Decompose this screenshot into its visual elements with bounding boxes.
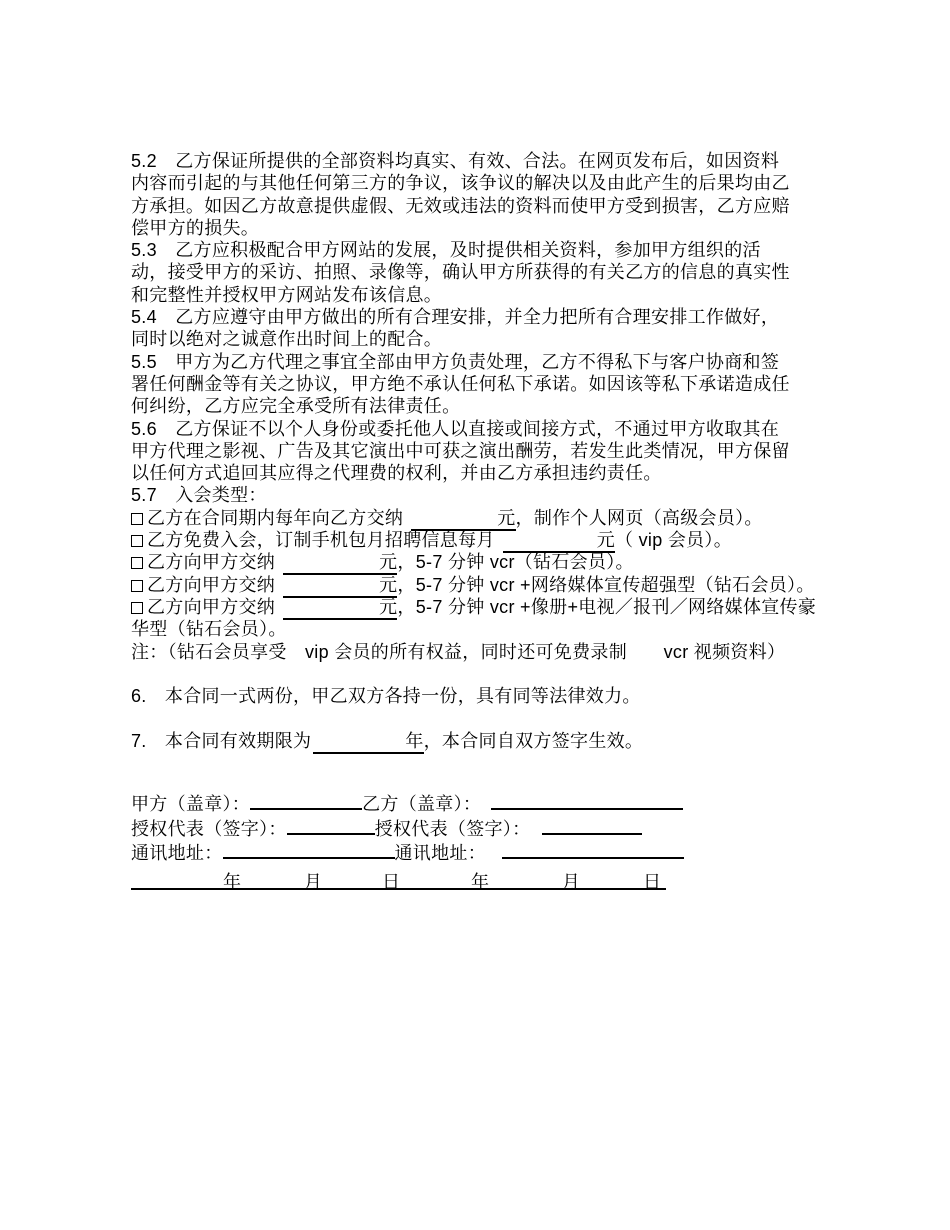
address-label-a: 通讯地址： bbox=[131, 843, 223, 863]
date-unit-month: 月 bbox=[304, 868, 322, 894]
date-unit-day: 日 bbox=[643, 868, 661, 894]
checkbox-icon bbox=[131, 580, 143, 592]
contract-line: 方承担。如因乙方故意提供虚假、无效或违法的资料而使甲方受到损害，乙方应赔 bbox=[131, 195, 841, 217]
contract-line: 何纠纷，乙方应完全承受所有法律责任。 bbox=[131, 395, 841, 417]
fill-in-blank: 年 bbox=[313, 732, 423, 754]
contract-line: 同时以绝对之诚意作出时间上的配合。 bbox=[131, 328, 841, 350]
membership-option-4: 乙方向甲方交纳元，5-7 分钟 vcr +网络媒体宣传超强型（钻石会员）。 bbox=[131, 574, 841, 596]
contract-line: 以任何方式追回其应得之代理费的权利，并由乙方承担违约责任。 bbox=[131, 462, 841, 484]
clause-7-text: 7. 本合同有效期限为 bbox=[131, 731, 311, 751]
contract-line: 5.2 乙方保证所提供的全部资料均真实、有效、合法。在网页发布后，如因资料 bbox=[131, 150, 841, 172]
contract-body: 5.2 乙方保证所提供的全部资料均真实、有效、合法。在网页发布后，如因资料 内容… bbox=[131, 150, 841, 890]
option-text: 乙方向甲方交纳 bbox=[147, 552, 275, 572]
representative-row: 授权代表（签字）：授权代表（签字）： bbox=[131, 816, 841, 841]
unit-label: 元 bbox=[379, 552, 397, 572]
date-line: 年 月 日 年 月 日 bbox=[131, 866, 666, 890]
checkbox-icon bbox=[131, 602, 143, 614]
signature-block: 甲方（盖章）：乙方（盖章）： 授权代表（签字）：授权代表（签字）： 通讯地址：通… bbox=[131, 791, 841, 890]
clause-7: 7. 本合同有效期限为年，本合同自双方签字生效。 bbox=[131, 730, 841, 752]
option-text: （ vip 会员）。 bbox=[615, 530, 732, 550]
note-line: 注：（钻石会员享受 vip 会员的所有权益，同时还可免费录制 vcr 视频资料） bbox=[131, 641, 841, 663]
fill-in-blank: 元 bbox=[503, 531, 615, 553]
fill-in-blank bbox=[502, 840, 684, 859]
membership-option-1: 乙方在合同期内每年向乙方交纳元，制作个人网页（高级会员）。 bbox=[131, 507, 841, 529]
date-unit-year: 年 bbox=[223, 868, 241, 894]
option-text: 乙方在合同期内每年向乙方交纳 bbox=[147, 508, 403, 528]
fill-in-blank bbox=[250, 791, 362, 810]
address-row: 通讯地址：通讯地址： bbox=[131, 840, 841, 865]
membership-option-5: 乙方向甲方交纳元，5-7 分钟 vcr +像册+电视／报刊／网络媒体宣传豪 bbox=[131, 596, 841, 618]
unit-label: 元 bbox=[379, 597, 397, 617]
contract-line: 5.3 乙方应积极配合甲方网站的发展，及时提供相关资料，参加甲方组织的活 bbox=[131, 239, 841, 261]
unit-label: 元 bbox=[497, 508, 515, 528]
unit-label: 元 bbox=[597, 530, 615, 550]
option-text: ，制作个人网页（高级会员）。 bbox=[516, 508, 763, 528]
contract-line: 偿甲方的损失。 bbox=[131, 217, 841, 239]
option-text: ，5-7 分钟 vcr +像册+电视／报刊／网络媒体宣传豪 bbox=[397, 597, 816, 617]
fill-in-blank bbox=[287, 816, 375, 835]
fill-in-blank: 元 bbox=[283, 598, 397, 620]
unit-label: 年 bbox=[405, 731, 423, 751]
option-text: ，5-7 分钟 vcr +网络媒体宣传超强型（钻石会员）。 bbox=[397, 575, 814, 595]
unit-label: 元 bbox=[379, 575, 397, 595]
membership-option-5-wrap: 华型（钻石会员）。 bbox=[131, 618, 841, 640]
document-page: 5.2 乙方保证所提供的全部资料均真实、有效、合法。在网页发布后，如因资料 内容… bbox=[0, 0, 950, 1230]
fill-in-blank: 元 bbox=[283, 576, 397, 598]
fill-in-blank: 元 bbox=[411, 509, 515, 531]
membership-type-heading: 5.7 入会类型： bbox=[131, 484, 841, 506]
contract-line: 动，接受甲方的采访、拍照、录像等，确认甲方所获得的有关乙方的信息的真实性 bbox=[131, 261, 841, 283]
date-unit-day: 日 bbox=[382, 868, 400, 894]
fill-in-blank bbox=[491, 791, 683, 810]
address-label-b: 通讯地址： bbox=[395, 843, 487, 863]
fill-in-blank: 元 bbox=[283, 553, 397, 575]
contract-line: 5.6 乙方保证不以个人身份或委托他人以直接或间接方式，不通过甲方收取其在 bbox=[131, 418, 841, 440]
clause-7-text: ，本合同自双方签字生效。 bbox=[424, 731, 644, 751]
seal-row: 甲方（盖章）：乙方（盖章）： bbox=[131, 791, 841, 816]
contract-line: 甲方代理之影视、广告及其它演出中可获之演出酬劳，若发生此类情况，甲方保留 bbox=[131, 440, 841, 462]
checkbox-icon bbox=[131, 535, 143, 547]
rep-sign-label-b: 授权代表（签字）： bbox=[375, 819, 531, 839]
contract-line: 5.5 甲方为乙方代理之事宜全部由甲方负责处理，乙方不得私下与客户协商和签 bbox=[131, 351, 841, 373]
membership-option-2: 乙方免费入会，订制手机包月招聘信息每月元（ vip 会员）。 bbox=[131, 529, 841, 551]
option-text: 乙方免费入会，订制手机包月招聘信息每月 bbox=[147, 530, 495, 550]
clause-6: 6. 本合同一式两份，甲乙双方各持一份，具有同等法律效力。 bbox=[131, 685, 841, 707]
option-text: ，5-7 分钟 vcr（钻石会员）。 bbox=[397, 552, 633, 572]
date-unit-month: 月 bbox=[562, 868, 580, 894]
party-b-seal-label: 乙方（盖章）： bbox=[362, 794, 481, 814]
membership-option-3: 乙方向甲方交纳元，5-7 分钟 vcr（钻石会员）。 bbox=[131, 551, 841, 573]
option-text: 乙方向甲方交纳 bbox=[147, 597, 275, 617]
party-a-seal-label: 甲方（盖章）： bbox=[131, 794, 250, 814]
checkbox-icon bbox=[131, 557, 143, 569]
date-unit-year: 年 bbox=[471, 868, 489, 894]
contract-line: 内容而引起的与其他任何第三方的争议，该争议的解决以及由此产生的后果均由乙 bbox=[131, 172, 841, 194]
fill-in-blank bbox=[223, 840, 395, 859]
contract-line: 和完整性并授权甲方网站发布该信息。 bbox=[131, 284, 841, 306]
fill-in-blank bbox=[542, 816, 642, 835]
checkbox-icon bbox=[131, 513, 143, 525]
rep-sign-label-a: 授权代表（签字）： bbox=[131, 819, 287, 839]
contract-line: 5.4 乙方应遵守由甲方做出的所有合理安排，并全力把所有合理安排工作做好， bbox=[131, 306, 841, 328]
contract-line: 署任何酬金等有关之协议，甲方绝不承认任何私下承诺。如因该等私下承诺造成任 bbox=[131, 373, 841, 395]
option-text: 乙方向甲方交纳 bbox=[147, 575, 275, 595]
